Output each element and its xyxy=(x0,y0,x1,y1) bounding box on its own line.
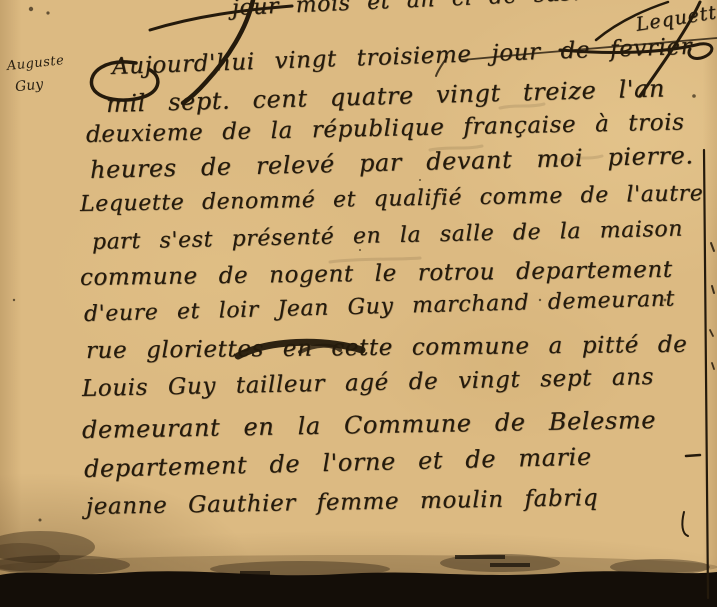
page-fold-rule xyxy=(682,150,708,598)
header-line-fragment: jour mois et an ci de sus. xyxy=(231,0,580,21)
manuscript-line: Lequette denommé et qualifié comme de l'… xyxy=(80,181,704,217)
margin-annotation-line2: Guy xyxy=(14,74,67,95)
scanned-document-page: Auguste Guy jour mois et an ci de sus. L… xyxy=(0,0,717,607)
manuscript-line: heures de relevé par devant moi pierre. xyxy=(90,141,694,184)
manuscript-line: d'eure et loir Jean Guy marchand demeura… xyxy=(84,287,676,327)
manuscript-line: demeurant en la Commune de Belesme xyxy=(82,406,656,444)
manuscript-line: jeanne Gauthier femme moulin fabriq xyxy=(86,485,599,520)
manuscript-line: departement de l'orne et de marie xyxy=(84,443,592,483)
manuscript-line: commune de nogent le rotrou departement xyxy=(80,257,673,291)
right-margin-marks xyxy=(710,243,714,369)
margin-annotation-line1: Auguste xyxy=(6,53,65,74)
manuscript-line: Louis Guy tailleur agé de vingt sept ans xyxy=(82,364,655,402)
clerk-signature: Lequette xyxy=(634,0,717,36)
margin-annotation: Auguste Guy xyxy=(6,53,67,96)
manuscript-line: rue gloriettes en cette commune a pitté … xyxy=(86,332,688,364)
manuscript-line: part s'est présenté en la salle de la ma… xyxy=(92,217,684,255)
manuscript-line: Aujourd'hui vingt troisieme jour de fevr… xyxy=(112,34,693,80)
page-bottom-edge xyxy=(0,527,717,607)
